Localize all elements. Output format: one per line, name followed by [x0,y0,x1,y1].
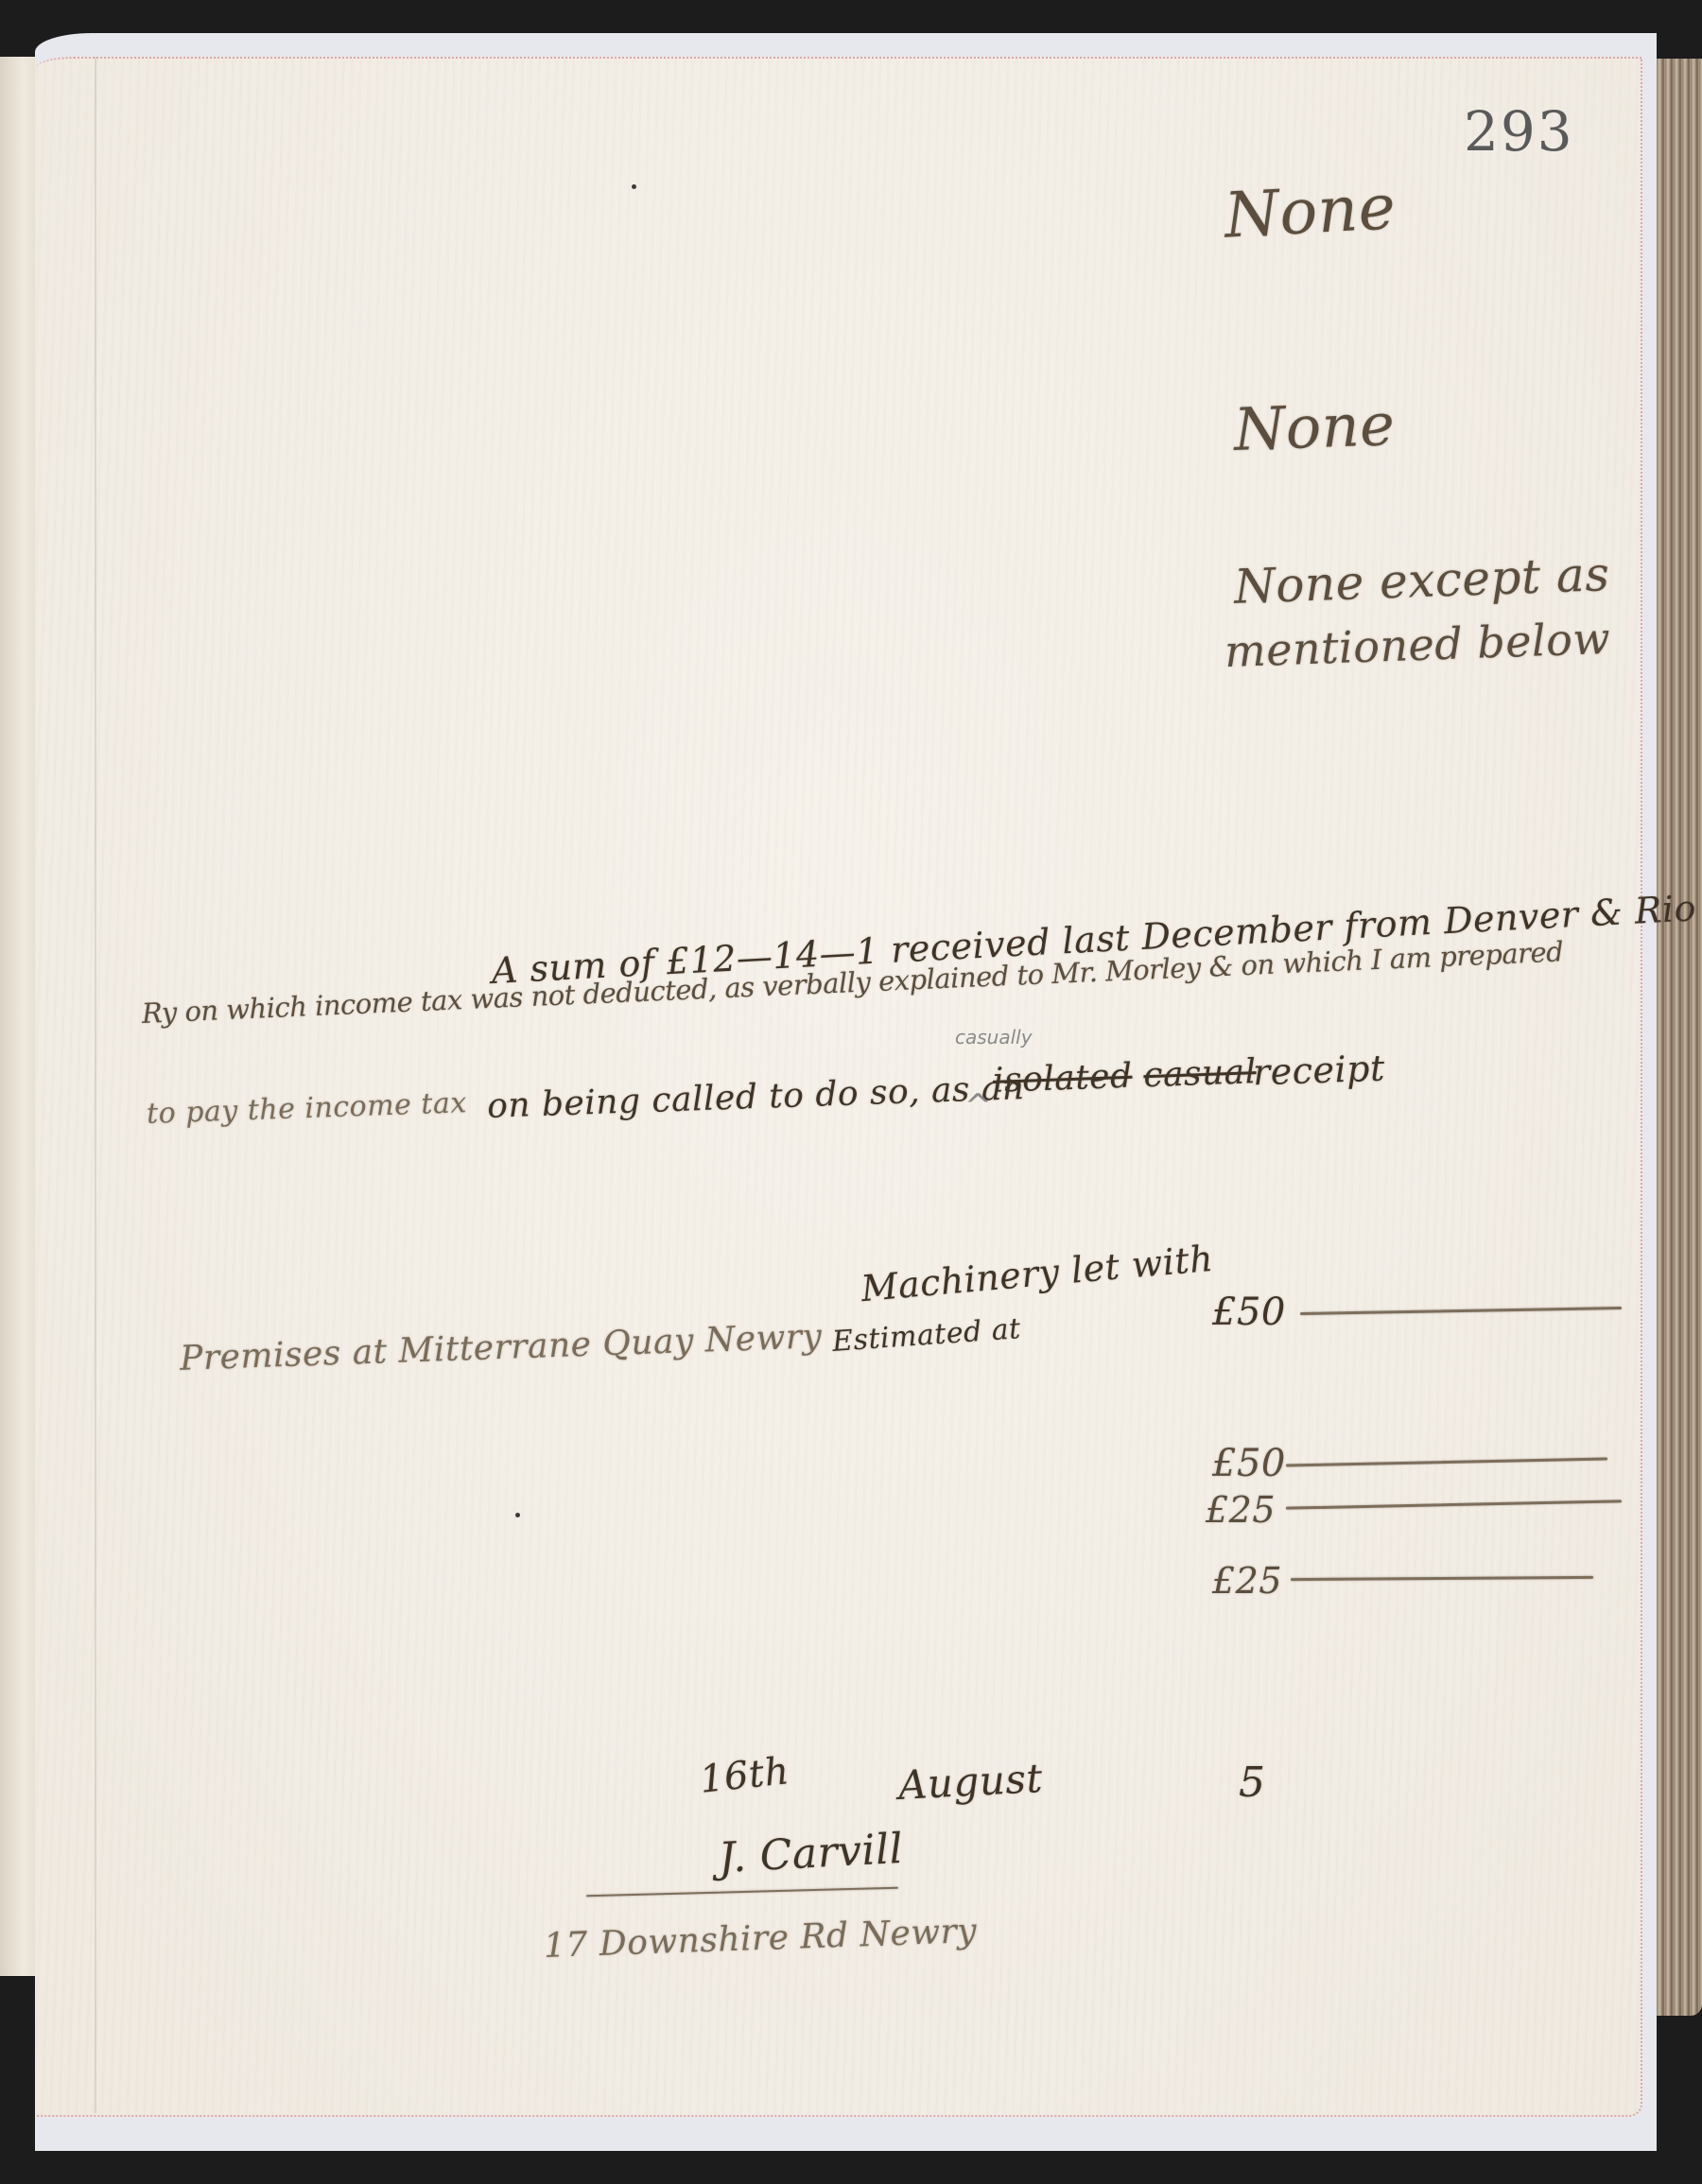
answer-1: None [1223,170,1398,251]
pencil-insertion: casually [955,1026,1033,1049]
caret-mark: ^ [964,1087,992,1125]
answer-2: None [1233,390,1397,464]
ink-speck [632,184,636,189]
signature-day: 16th [698,1749,791,1802]
page-number: 293 [1464,99,1574,164]
facing-page-edge [0,57,38,1976]
struck-text: isolated [992,1057,1133,1101]
ink-speck [515,1513,520,1517]
signature-month: August [897,1755,1044,1809]
signature-year-digit: 5 [1239,1759,1266,1807]
income-note-line3-end: receipt [1252,1048,1385,1094]
value-2: £25 [1206,1489,1276,1531]
book-page-edges [1657,59,1702,2016]
value-3: £25 [1212,1560,1282,1602]
document-scan: 293 None None None except as mentioned b… [0,0,1702,2184]
signature-name: J. Carvill [718,1825,905,1882]
struck-text: casual [1143,1052,1258,1095]
value-1: £50 [1212,1442,1286,1485]
page-fold [95,57,96,2113]
property-value: £50 [1212,1291,1286,1334]
